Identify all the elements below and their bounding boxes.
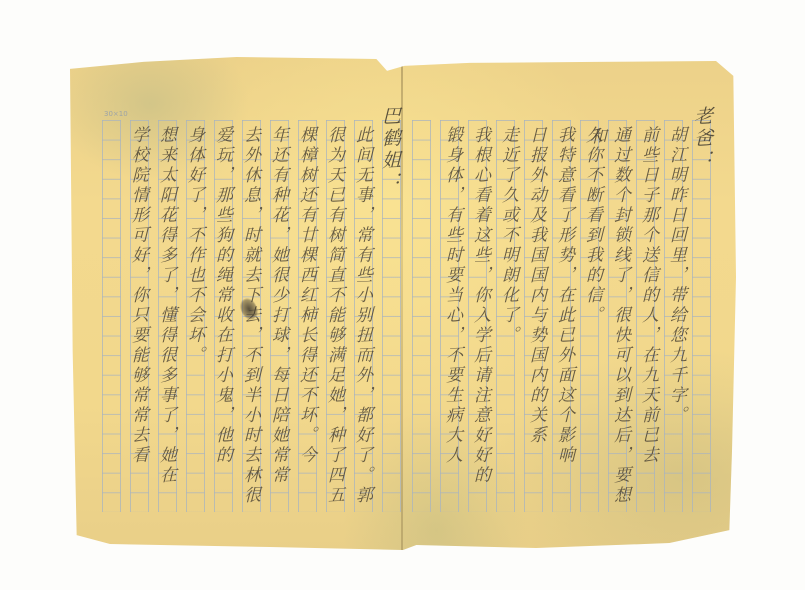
letter-line: 棵樟树还有廿棵西红柿长得还不坏。今 xyxy=(294,125,318,466)
letter-line: 通过数个封锁线了，很快可以到达后，要想和 xyxy=(608,125,632,512)
letter-line: 久你不断看到我的信。 xyxy=(580,125,604,326)
letter-line: 走近了久或不明朗化了。 xyxy=(496,125,520,346)
right-page: 老爸： 胡江明昨日回里，带给您九千字。 前些日子那个送信的人，在九天前已去 通过… xyxy=(410,120,715,512)
letter-line: 爱玩，那些狗的绳常收在打小鬼，他的 xyxy=(210,125,234,466)
letter-line: 我特意看了形势，在此已外面这个影响 xyxy=(552,125,576,466)
letter-paper: 30×10 巴鹤姐： 此间无事，常有些小别扭而外，都好了。郭 很为天已有树简直不… xyxy=(70,54,736,550)
letter-line: 学校院情形可好，你只要能够常常去看 xyxy=(126,125,150,466)
letter-line: 想来太阳花得多了，懂得很多事了，她在 xyxy=(154,125,178,486)
left-page: 30×10 巴鹤姐： 此间无事，常有些小别扭而外，都好了。郭 很为天已有树简直不… xyxy=(100,120,400,512)
letter-line: 前些日子那个送信的人，在九天前已去 xyxy=(636,125,660,466)
letter-line: 日报外动及我国国内与势国内的关系 xyxy=(524,125,548,446)
letter-line: 我根心看着这些，你入学后请注意好好的 xyxy=(468,125,492,486)
letter-line: 此间无事，常有些小别扭而外，都好了。郭 xyxy=(350,125,374,506)
letter-line: 身体好了，不作也不会坏。 xyxy=(182,125,206,366)
letter-line: 锻身体，有些时要当心，不要生病大人 xyxy=(440,125,464,466)
letter-line: 年还有种花，她很少打球，每日陪她常常 xyxy=(266,125,290,486)
letter-line: 很为天已有树简直不能够满足她，种了四五 xyxy=(322,125,346,506)
letter-line: 胡江明昨日回里，带给您九千字。 xyxy=(664,125,688,426)
grid-margin-mark: 30×10 xyxy=(104,110,128,118)
left-salutation: 巴鹤姐： xyxy=(378,105,402,194)
right-salutation: 老爸： xyxy=(690,105,714,172)
scanned-letter-scene: 30×10 巴鹤姐： 此间无事，常有些小别扭而外，都好了。郭 很为天已有树简直不… xyxy=(0,0,805,590)
